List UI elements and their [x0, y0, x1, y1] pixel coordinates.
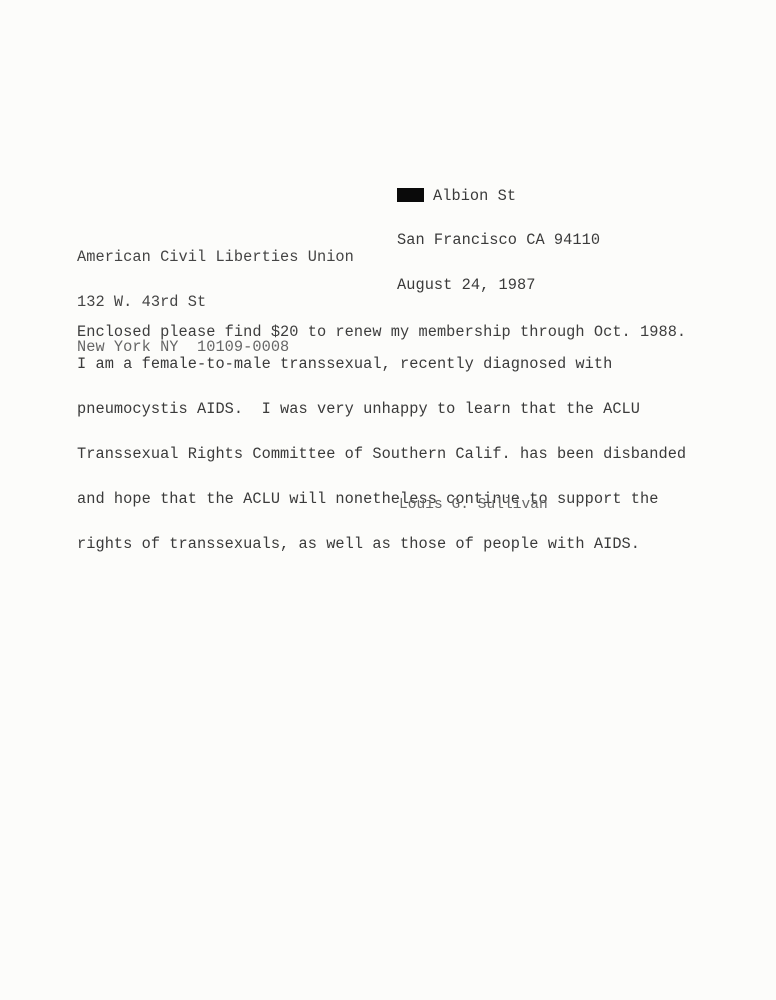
paragraph-line: I am a female-to-male transsexual, recen… — [77, 357, 686, 372]
paragraph-line: Transsexual Rights Committee of Southern… — [77, 447, 686, 462]
letter-page: Albion St San Francisco CA 94110 August … — [0, 0, 776, 1000]
sender-street-line: Albion St — [397, 188, 600, 203]
paragraph-line: and hope that the ACLU will nonetheless … — [77, 492, 686, 507]
signature: Louis G. Sullivan — [399, 498, 548, 513]
paragraph-line: rights of transsexuals, as well as those… — [77, 537, 686, 552]
paragraph-line: pneumocystis AIDS. I was very unhappy to… — [77, 402, 686, 417]
sender-city-line: San Francisco CA 94110 — [397, 233, 600, 248]
recipient-name: American Civil Liberties Union — [77, 250, 354, 265]
redaction-block — [397, 188, 424, 202]
sender-street: Albion St — [433, 187, 516, 205]
letter-date: August 24, 1987 — [397, 278, 600, 293]
paragraph-body: I am a female-to-male transsexual, recen… — [77, 327, 686, 582]
